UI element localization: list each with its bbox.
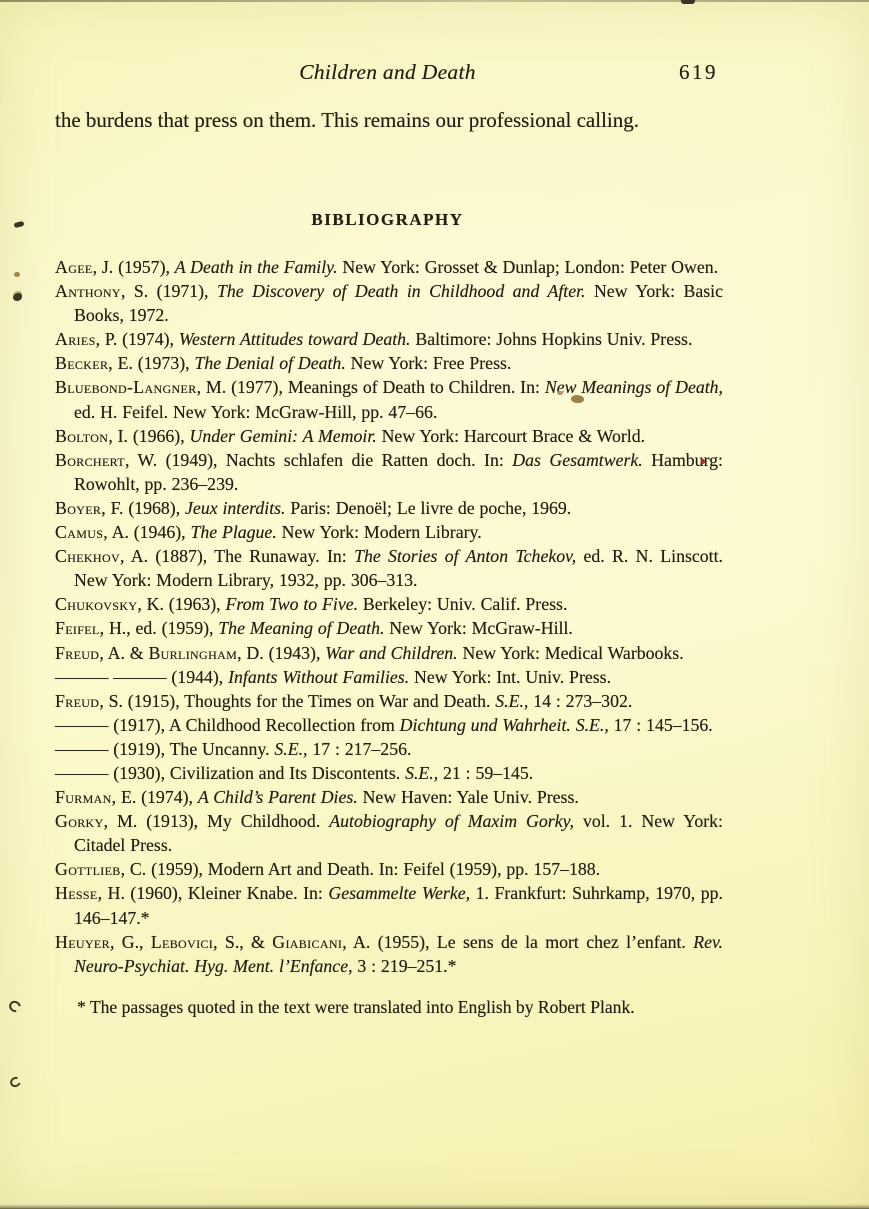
entry-text: , D. (1943), xyxy=(237,643,325,663)
entry-text: , C. (1959), Modern Art and Death. In: F… xyxy=(121,859,600,879)
work-title: The Meaning of Death. xyxy=(218,618,384,638)
bibliography-entry: Camus, A. (1946), The Plague. New York: … xyxy=(55,520,723,544)
bibliography-entry: ——— (1919), The Uncanny. S.E., 17 : 217–… xyxy=(55,737,723,761)
work-title: S.E., xyxy=(405,763,438,783)
entry-text: 14 : 273–302. xyxy=(528,691,632,711)
entry-text: New York: Free Press. xyxy=(346,353,512,373)
bibliography-entry: Chekhov, A. (1887), The Runaway. In: The… xyxy=(55,544,723,592)
bibliography-entry: Gorky, M. (1913), My Childhood. Autobiog… xyxy=(55,809,723,857)
entry-text: , S. (1971), xyxy=(121,281,217,301)
work-title: The Discovery of Death in Childhood and … xyxy=(217,281,586,301)
entry-text: , S., & xyxy=(213,932,272,952)
bibliography-entry: Furman, E. (1974), A Child’s Parent Dies… xyxy=(55,785,723,809)
work-title: Das Gesamtwerk. xyxy=(512,450,642,470)
work-title: Infants Without Families. xyxy=(228,667,409,687)
entry-text: , S. (1915), Thoughts for the Times on W… xyxy=(99,691,495,711)
entry-text: , K. (1963), xyxy=(137,594,225,614)
scan-speck xyxy=(681,0,695,4)
translation-footnote: * The passages quoted in the text were t… xyxy=(55,995,723,1019)
running-header-title: Children and Death xyxy=(55,60,720,85)
entry-text: , E. (1974), xyxy=(112,787,198,807)
entry-text: Paris: Denoël; Le livre de poche, 1969. xyxy=(286,498,572,518)
bibliography-entry: Bolton, I. (1966), Under Gemini: A Memoi… xyxy=(55,424,723,448)
bibliography-entry: ——— (1917), A Childhood Recollection fro… xyxy=(55,713,723,737)
bibliography-entry: Becker, E. (1973), The Denial of Death. … xyxy=(55,351,723,375)
author-name: Anthony xyxy=(55,281,121,301)
entry-text: New York: Modern Library. xyxy=(277,522,482,542)
entry-text: , P. (1974), xyxy=(96,329,179,349)
body-paragraph: the burdens that press on them. This rem… xyxy=(55,106,720,136)
bibliography-entry: ——— ——— (1944), Infants Without Families… xyxy=(55,665,723,689)
scan-speck xyxy=(701,459,705,464)
author-name: Heuyer xyxy=(55,932,110,952)
work-title: Under Gemini: A Memoir. xyxy=(190,426,377,446)
bibliography-entry: Borchert, W. (1949), Nachts schlafen die… xyxy=(55,448,723,496)
scan-speck xyxy=(14,221,25,228)
bibliography-entry: Hesse, H. (1960), Kleiner Knabe. In: Ges… xyxy=(55,881,723,929)
author-name: Feifel xyxy=(55,618,100,638)
entry-text: ——— (1917), A Childhood Recollection fro… xyxy=(55,715,400,735)
bibliography-entry: Heuyer, G., Lebovici, S., & Giabicani, A… xyxy=(55,930,723,978)
author-name: Lebovici xyxy=(151,932,213,952)
entry-text: 17 : 217–256. xyxy=(307,739,411,759)
entry-text: New York: Grosset & Dunlap; Lon­don: Pet… xyxy=(338,257,719,277)
author-name: Bluebond-Langner xyxy=(55,377,197,397)
work-title: The Stories of Anton Tchekov, xyxy=(354,546,576,566)
bibliography-entry: Chukovsky, K. (1963), From Two to Five. … xyxy=(55,592,723,616)
entry-text: 17 : 145–156. xyxy=(609,715,713,735)
entry-text: , H., ed. (1959), xyxy=(100,618,219,638)
work-title: Gesammelte Werke, xyxy=(328,883,470,903)
scan-edge-bottom xyxy=(0,1204,869,1209)
author-name: Giabicani xyxy=(272,932,342,952)
bibliography-section: Agee, J. (1957), A Death in the Family. … xyxy=(55,255,723,1019)
entry-text: 3 : 219–251.* xyxy=(353,956,457,976)
author-name: Gottlieb xyxy=(55,859,121,879)
author-name: Boyer xyxy=(55,498,101,518)
entry-text: , M. (1913), My Childhood. xyxy=(104,811,330,831)
bibliography-heading: BIBLIOGRAPHY xyxy=(55,210,720,230)
entry-text: New Haven: Yale Univ. Press. xyxy=(358,787,579,807)
bibliography-entry: Freud, A. & Burlingham, D. (1943), War a… xyxy=(55,641,723,665)
bibliography-entry: Bluebond-Langner, M. (1977), Meanings of… xyxy=(55,375,723,423)
entry-text: , J. (1957), xyxy=(93,257,175,277)
entry-text: , A. (1955), Le sens de la mort chez l’e… xyxy=(342,932,693,952)
bibliography-entry: Anthony, S. (1971), The Discovery of Dea… xyxy=(55,279,723,327)
author-name: Burlingham xyxy=(148,643,237,663)
entry-text: , W. (1949), Nachts schlafen die Ratten … xyxy=(125,450,512,470)
work-title: From Two to Five. xyxy=(225,594,358,614)
work-title: A Child’s Parent Dies. xyxy=(198,787,358,807)
author-name: Furman xyxy=(55,787,112,807)
author-name: Freud xyxy=(55,691,99,711)
work-title: War and Children. xyxy=(325,643,457,663)
author-name: Gorky xyxy=(55,811,104,831)
entry-text: 21 : 59–145. xyxy=(438,763,533,783)
entry-text: , E. (1973), xyxy=(108,353,194,373)
work-title: The Plague. xyxy=(190,522,276,542)
scan-speck xyxy=(557,391,563,395)
scan-speck xyxy=(13,293,22,301)
page-number: 619 xyxy=(679,60,718,85)
scan-speck xyxy=(7,999,23,1015)
entry-text: , G., xyxy=(110,932,151,952)
author-name: Camus xyxy=(55,522,103,542)
scan-speck xyxy=(8,1075,22,1089)
work-title: Jeux interdits. xyxy=(185,498,285,518)
work-title: New Meanings of Death, xyxy=(545,377,723,397)
author-name: Becker xyxy=(55,353,108,373)
entry-text: New York: McGraw-Hill. xyxy=(384,618,572,638)
work-title: Autobiography of Maxim Gorky, xyxy=(329,811,574,831)
bibliography-entry: Boyer, F. (1968), Jeux interdits. Paris:… xyxy=(55,496,723,520)
author-name: Freud xyxy=(55,643,99,663)
entry-text: New York: Medical Warbooks. xyxy=(458,643,684,663)
entry-text: , H. (1960), Kleiner Knabe. In: xyxy=(98,883,329,903)
entry-text: , A. & xyxy=(99,643,148,663)
scan-speck xyxy=(14,272,20,277)
entry-text: ——— ——— (1944), xyxy=(55,667,228,687)
entry-text: Berkeley: Univ. Calif. Press. xyxy=(358,594,567,614)
book-page: Children and Death 619 the burdens that … xyxy=(0,0,869,1209)
work-title: The Denial of Death. xyxy=(194,353,345,373)
work-title: Western Attitudes toward Death. xyxy=(179,329,411,349)
running-header: Children and Death 619 xyxy=(55,60,720,94)
author-name: Hesse xyxy=(55,883,98,903)
entry-text: New York: Harcourt Brace & World. xyxy=(377,426,645,446)
entry-text: , M. (1977), Meanings of Death to Childr… xyxy=(197,377,545,397)
entry-text: Baltimore: Johns Hopkins Univ. Press. xyxy=(411,329,693,349)
bibliography-entry: ——— (1930), Civilization and Its Discont… xyxy=(55,761,723,785)
bibliography-entry: Freud, S. (1915), Thoughts for the Times… xyxy=(55,689,723,713)
bibliography-list: Agee, J. (1957), A Death in the Family. … xyxy=(55,255,723,978)
work-title: Dichtung und Wahrheit. S.E., xyxy=(400,715,609,735)
entry-text: ——— (1930), Civilization and Its Discont… xyxy=(55,763,405,783)
author-name: Aries xyxy=(55,329,96,349)
work-title: S.E., xyxy=(274,739,307,759)
scan-edge-top xyxy=(0,0,869,2)
author-name: Chukovsky xyxy=(55,594,137,614)
work-title: A Death in the Family. xyxy=(175,257,338,277)
entry-text: ed. H. Feifel. New York: McGraw-Hill, pp… xyxy=(74,402,437,422)
author-name: Borchert xyxy=(55,450,125,470)
author-name: Agee xyxy=(55,257,93,277)
bibliography-entry: Gottlieb, C. (1959), Modern Art and Deat… xyxy=(55,857,723,881)
entry-text: ——— (1919), The Uncanny. xyxy=(55,739,274,759)
entry-text: , F. (1968), xyxy=(101,498,185,518)
entry-text: , I. (1966), xyxy=(108,426,189,446)
bibliography-entry: Aries, P. (1974), Western Attitudes towa… xyxy=(55,327,723,351)
author-name: Chekhov xyxy=(55,546,120,566)
entry-text: , A. (1946), xyxy=(103,522,190,542)
author-name: Bolton xyxy=(55,426,108,446)
work-title: S.E., xyxy=(495,691,528,711)
entry-text: New York: Int. Univ. Press. xyxy=(409,667,611,687)
bibliography-entry: Agee, J. (1957), A Death in the Family. … xyxy=(55,255,723,279)
bibliography-entry: Feifel, H., ed. (1959), The Meaning of D… xyxy=(55,616,723,640)
scan-speck xyxy=(571,395,584,403)
entry-text: , A. (1887), The Runaway. In: xyxy=(120,546,354,566)
